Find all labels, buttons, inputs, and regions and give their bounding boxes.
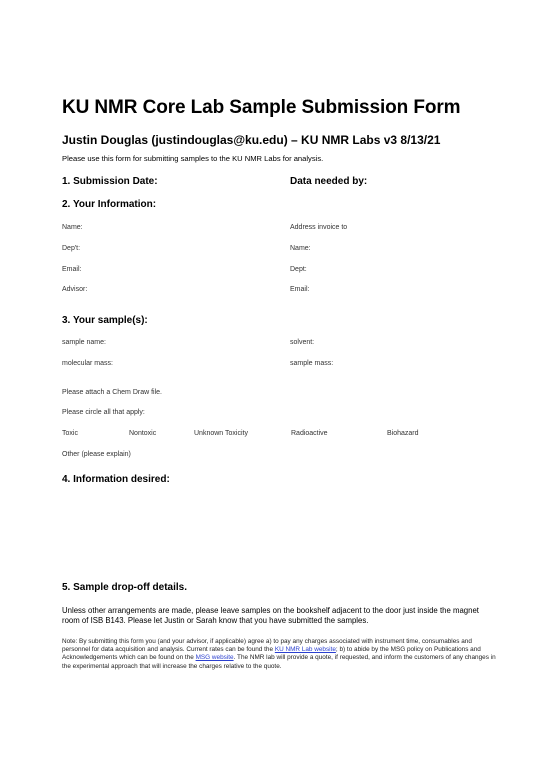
dept-label: Dep't: xyxy=(62,245,80,252)
document-page: KU NMR Core Lab Sample Submission Form J… xyxy=(0,0,550,777)
form-subtitle: Justin Douglas (justindouglas@ku.edu) – … xyxy=(62,133,440,147)
name-label: Name: xyxy=(62,224,83,231)
sample-name-label: sample name: xyxy=(62,339,106,346)
invoice-dept-label: Dept: xyxy=(290,266,307,273)
advisor-label: Advisor: xyxy=(62,286,87,293)
hazard-nontoxic: Nontoxic xyxy=(129,430,156,437)
form-title: KU NMR Core Lab Sample Submission Form xyxy=(62,97,460,119)
sample-mass-label: sample mass: xyxy=(290,360,333,367)
hazard-biohazard: Biohazard xyxy=(387,430,419,437)
invoice-email-label: Email: xyxy=(290,286,309,293)
data-needed-by-heading: Data needed by: xyxy=(290,176,367,187)
section-3-heading: 3. Your sample(s): xyxy=(62,315,148,326)
section-1-heading: 1. Submission Date: xyxy=(62,176,158,187)
hazard-unknown-toxicity: Unknown Toxicity xyxy=(194,430,248,437)
molecular-mass-label: molecular mass: xyxy=(62,360,113,367)
solvent-label: solvent: xyxy=(290,339,314,346)
email-label: Email: xyxy=(62,266,81,273)
hazard-toxic: Toxic xyxy=(62,430,78,437)
msg-website-link[interactable]: MSG website xyxy=(196,654,234,661)
ku-nmr-lab-website-link[interactable]: KU NMR Lab website xyxy=(275,646,336,653)
other-explain-label: Other (please explain) xyxy=(62,451,131,458)
section-4-heading: 4. Information desired: xyxy=(62,474,170,485)
attach-chemdraw-note: Please attach a Chem Draw file. xyxy=(62,389,162,396)
address-invoice-label: Address invoice to xyxy=(290,224,347,231)
intro-text: Please use this form for submitting samp… xyxy=(62,154,323,163)
section-2-heading: 2. Your Information: xyxy=(62,199,156,210)
circle-note: Please circle all that apply: xyxy=(62,409,145,416)
section-5-heading: 5. Sample drop-off details. xyxy=(62,582,187,593)
hazard-radioactive: Radioactive xyxy=(291,430,328,437)
invoice-name-label: Name: xyxy=(290,245,311,252)
dropoff-details-text: Unless other arrangements are made, plea… xyxy=(62,606,492,626)
policy-note: Note: By submitting this form you (and y… xyxy=(62,638,498,671)
